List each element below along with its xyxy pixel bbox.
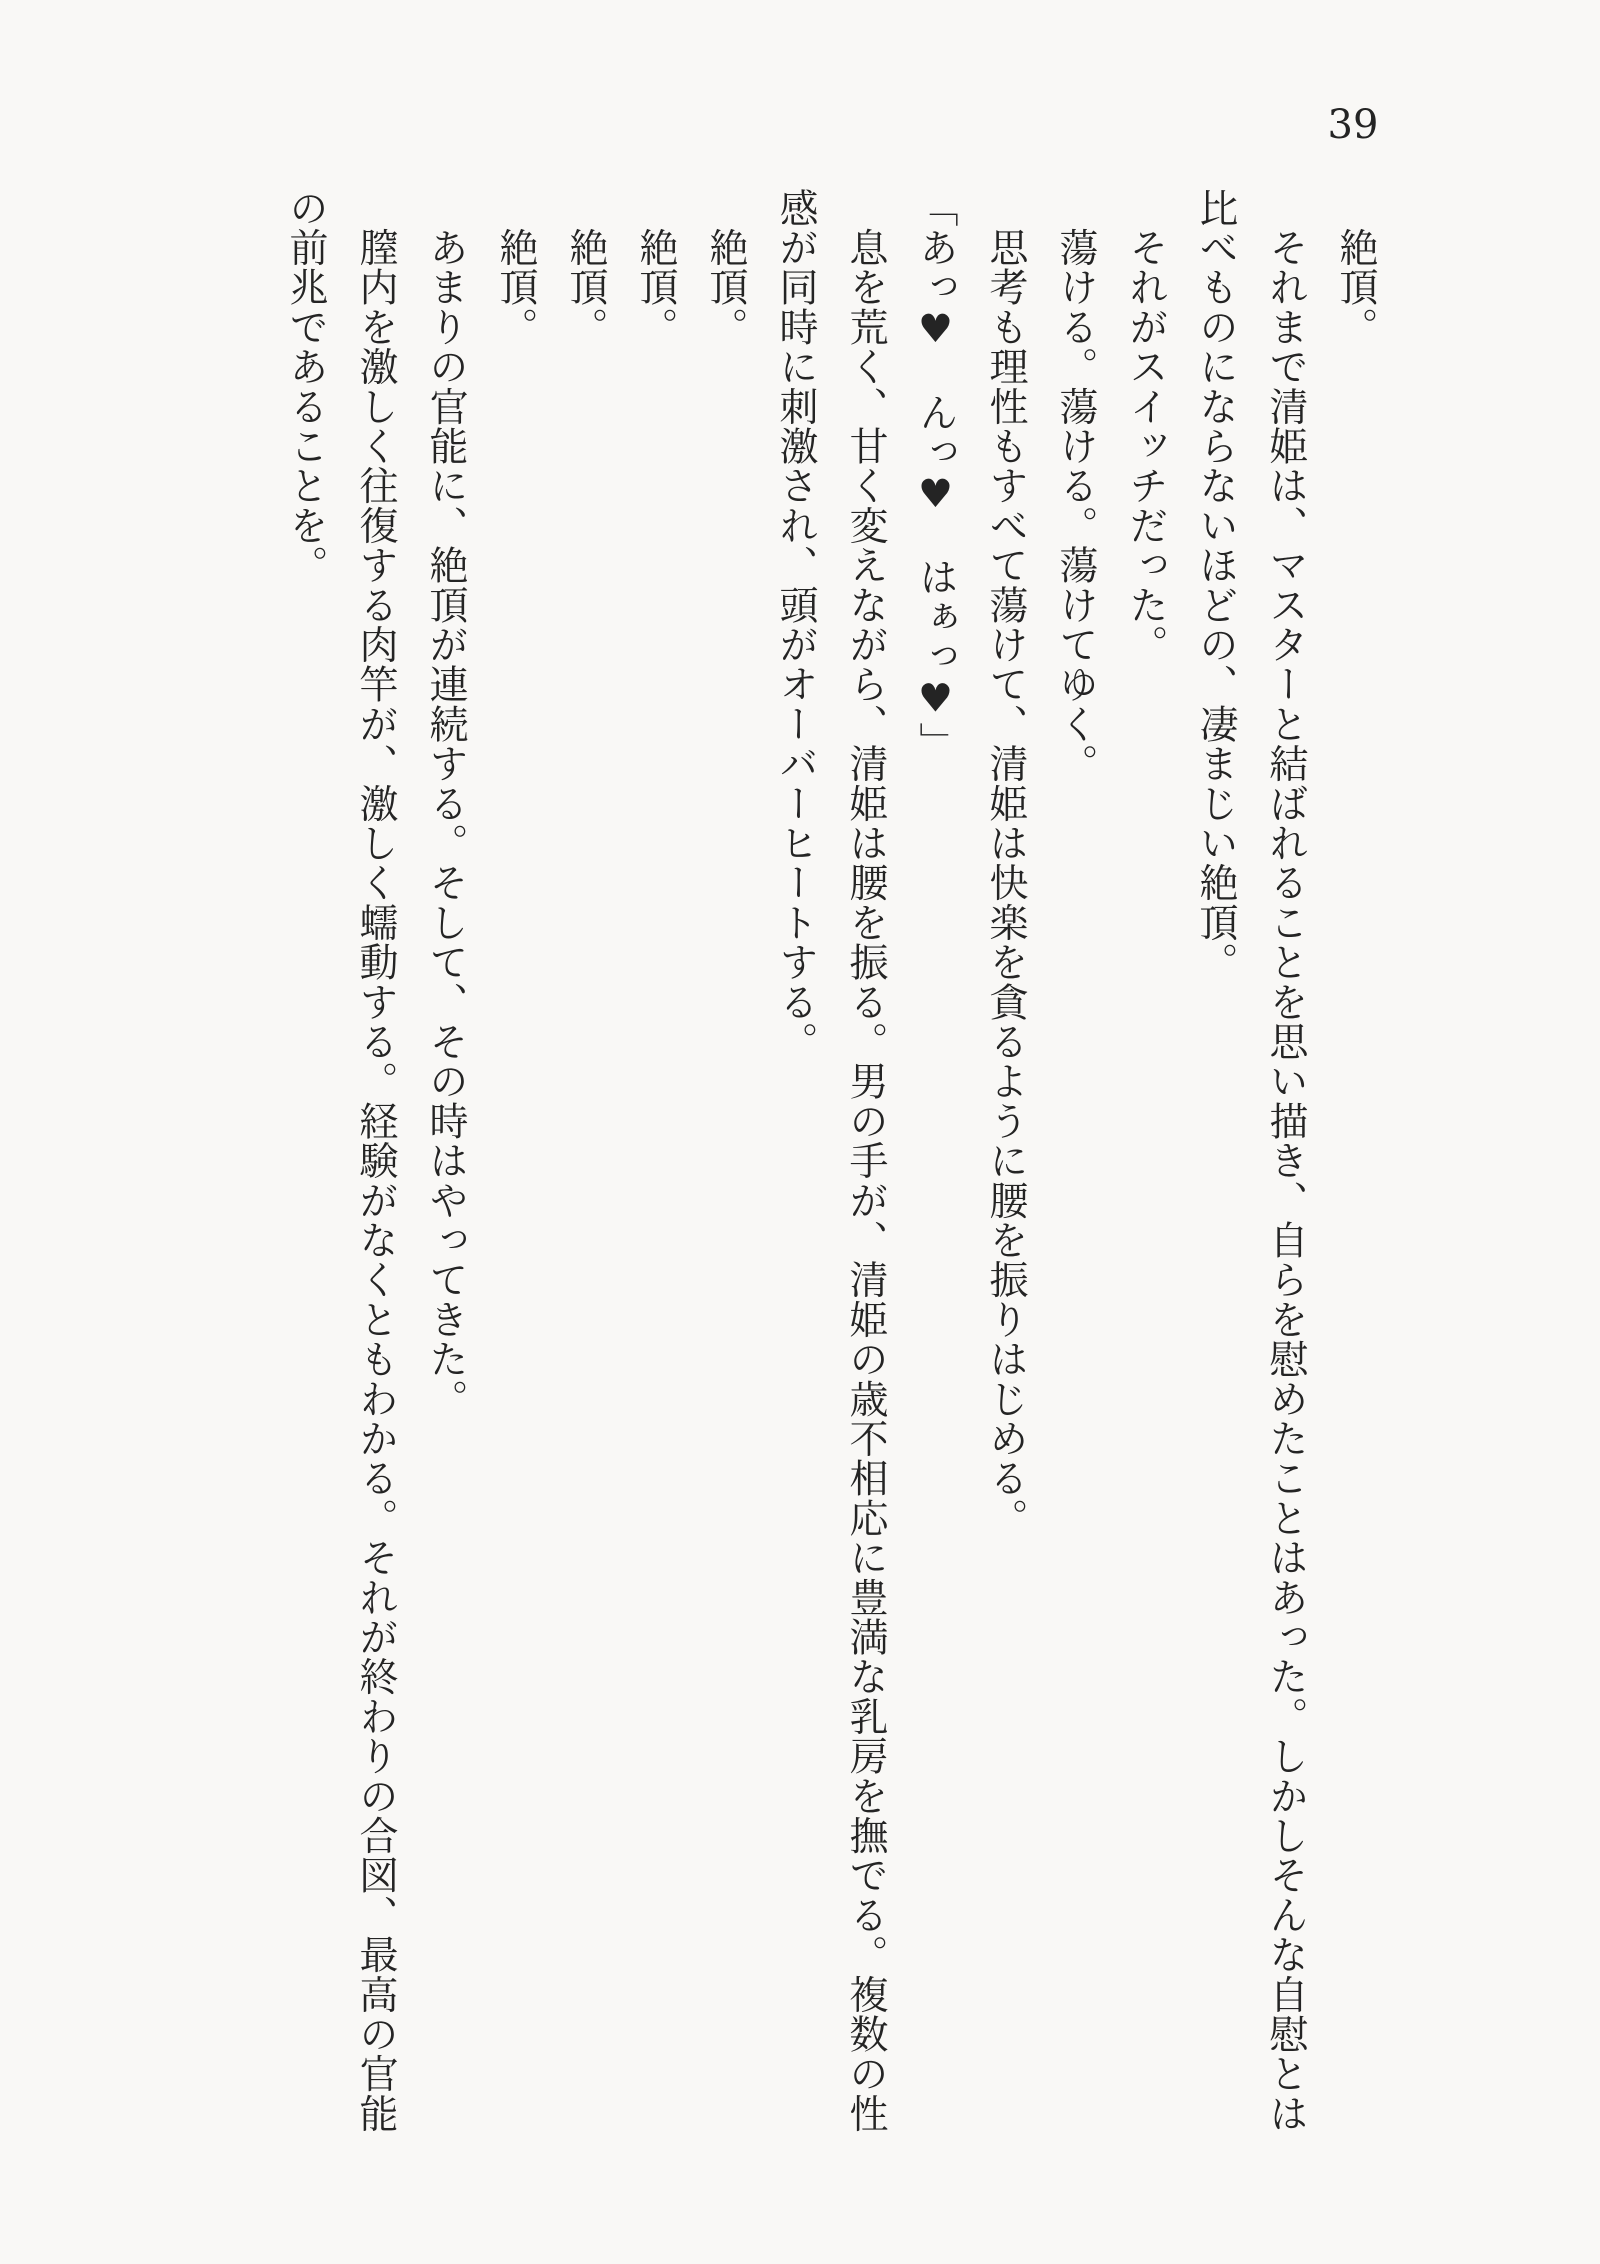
- book-page: 39 絶頂。 それまで清姫は、マスターと結ばれることを思い描き、自らを慰めたこと…: [0, 0, 1600, 2264]
- paragraph-line: 蕩ける。蕩ける。蕩けてゆく。: [1040, 188, 1110, 2138]
- paragraph-line: 思考も理性もすべて蕩けて、清姫は快楽を貪るように腰を振りはじめる。: [970, 188, 1040, 2138]
- paragraph-line: それがスイッチだった。: [1110, 188, 1180, 2138]
- paragraph-line: 絶頂。: [550, 188, 620, 2138]
- paragraph-line: あまりの官能に、絶頂が連続する。そして、その時はやってきた。: [410, 188, 480, 2138]
- heart-glyph: ♥: [913, 307, 958, 353]
- paragraph-line: 絶頂。: [620, 188, 690, 2138]
- paragraph-line: 絶頂。: [1320, 188, 1390, 2138]
- paragraph-line: それまで清姫は、マスターと結ばれることを思い描き、自らを慰めたことはあった。しか…: [1180, 188, 1320, 2138]
- heart-glyph: ♥: [913, 472, 958, 518]
- paragraph-line: 絶頂。: [480, 188, 550, 2138]
- paragraph-line: 膣内を激しく往復する肉竿が、激しく蠕動する。経験がなくともわかる。それが終わりの…: [270, 188, 410, 2138]
- vertical-text-block: 絶頂。 それまで清姫は、マスターと結ばれることを思い描き、自らを慰めたことはあっ…: [270, 188, 1390, 2138]
- paragraph-line-dialogue: 「あっ♥ んっ♥ はぁっ♥」: [900, 188, 970, 2138]
- paragraph-line: 絶頂。: [690, 188, 760, 2138]
- heart-glyph: ♥: [913, 676, 958, 722]
- paragraph-line: 息を荒く、甘く変えながら、清姫は腰を振る。男の手が、清姫の歳不相応に豊満な乳房を…: [760, 188, 900, 2138]
- page-number: 39: [1318, 103, 1388, 147]
